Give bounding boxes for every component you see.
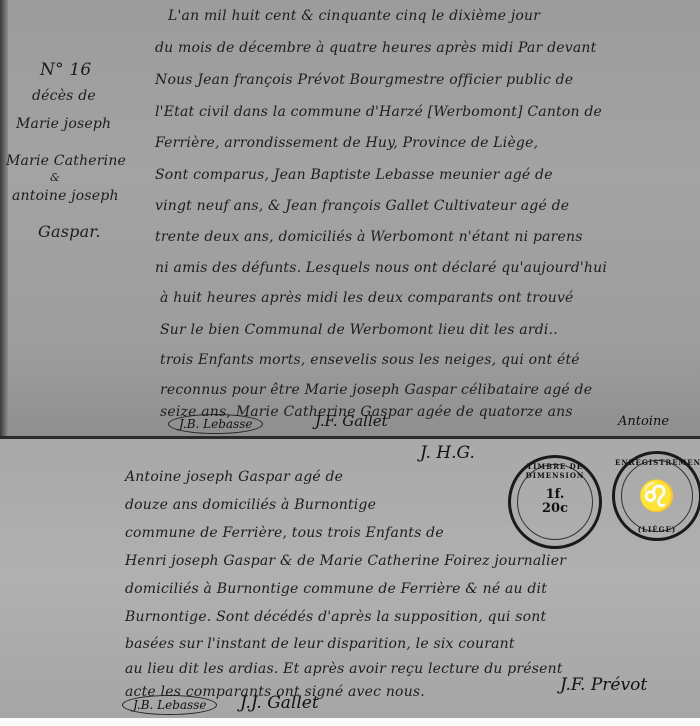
margin-note-line: décès de (32, 88, 96, 104)
register-page-bottom: J. H.G. Antoine joseph Gaspar agé de dou… (0, 439, 700, 718)
text-line: Antoine joseph Gaspar agé de (125, 469, 343, 485)
catchword: Antoine (618, 414, 669, 429)
text-line: L'an mil huit cent & cinquante cinq le d… (168, 8, 540, 24)
text-line: trois Enfants morts, ensevelis sous les … (160, 352, 580, 368)
text-line: trente deux ans, domiciliés à Werbomont … (155, 229, 583, 245)
signature-gallet: J.F. Gallet (315, 412, 388, 430)
stamp-value-francs: 1f. (546, 488, 565, 502)
margin-note-line: Marie joseph (16, 116, 111, 132)
margin-note-line: & (50, 171, 60, 184)
signature-lebasse: J.B. Lebasse (168, 414, 263, 434)
lion-emblem-icon: ♌ (638, 479, 675, 514)
signature-lebasse: J.B. Lebasse (122, 695, 217, 715)
tax-stamp: TIMBRE DE DIMENSION 1f. 20c (508, 455, 602, 549)
text-line: du mois de décembre à quatre heures aprè… (155, 40, 596, 56)
text-line: l'Etat civil dans la commune d'Harzé [We… (155, 104, 602, 120)
margin-note-line: Gaspar. (38, 222, 101, 241)
signature-gallet: J.J. Gallet (240, 693, 319, 713)
entry-number: N° 16 (40, 60, 91, 80)
stamp-value-centimes: 20c (542, 502, 568, 516)
paraph: J. H.G. (420, 443, 475, 463)
stamp-ring-text: ENREGISTREMENT (615, 458, 699, 467)
text-line: Henri joseph Gaspar & de Marie Catherine… (125, 553, 566, 569)
text-line: commune de Ferrière, tous trois Enfants … (125, 525, 444, 541)
text-line: Sur le bien Communal de Werbomont lieu d… (160, 322, 558, 338)
margin-note-line: antoine joseph (12, 188, 119, 204)
text-line: Sont comparus, Jean Baptiste Lebasse meu… (155, 167, 553, 183)
stamp-ring-text-bottom: (LIÈGE) (615, 525, 699, 534)
text-line: reconnus pour être Marie joseph Gaspar c… (160, 382, 592, 398)
text-line: à huit heures après midi les deux compar… (160, 290, 574, 306)
text-line: au lieu dit les ardias. Et après avoir r… (125, 661, 563, 677)
margin-note-line: Marie Catherine (6, 153, 126, 169)
scan-border (0, 718, 700, 726)
signature-prevot: J.F. Prévot (560, 675, 647, 695)
text-line: domiciliés à Burnontige commune de Ferri… (125, 581, 547, 597)
text-line: douze ans domiciliés à Burnontige (125, 497, 376, 513)
stamp-ring-text: TIMBRE DE DIMENSION (511, 462, 599, 480)
text-line: Burnontige. Sont décédés d'après la supp… (125, 609, 546, 625)
text-line: basées sur l'instant de leur disparition… (125, 636, 515, 652)
registry-stamp: ENREGISTREMENT ♌ (LIÈGE) (612, 451, 700, 541)
text-line: Nous Jean françois Prévot Bourgmestre of… (155, 72, 573, 88)
text-line: ni amis des défunts. Lesquels nous ont d… (155, 260, 607, 276)
text-line: vingt neuf ans, & Jean françois Gallet C… (155, 198, 569, 214)
register-page-top: N° 16 décès de Marie joseph Marie Cather… (0, 0, 700, 439)
text-line: Ferrière, arrondissement de Huy, Provinc… (155, 135, 538, 151)
